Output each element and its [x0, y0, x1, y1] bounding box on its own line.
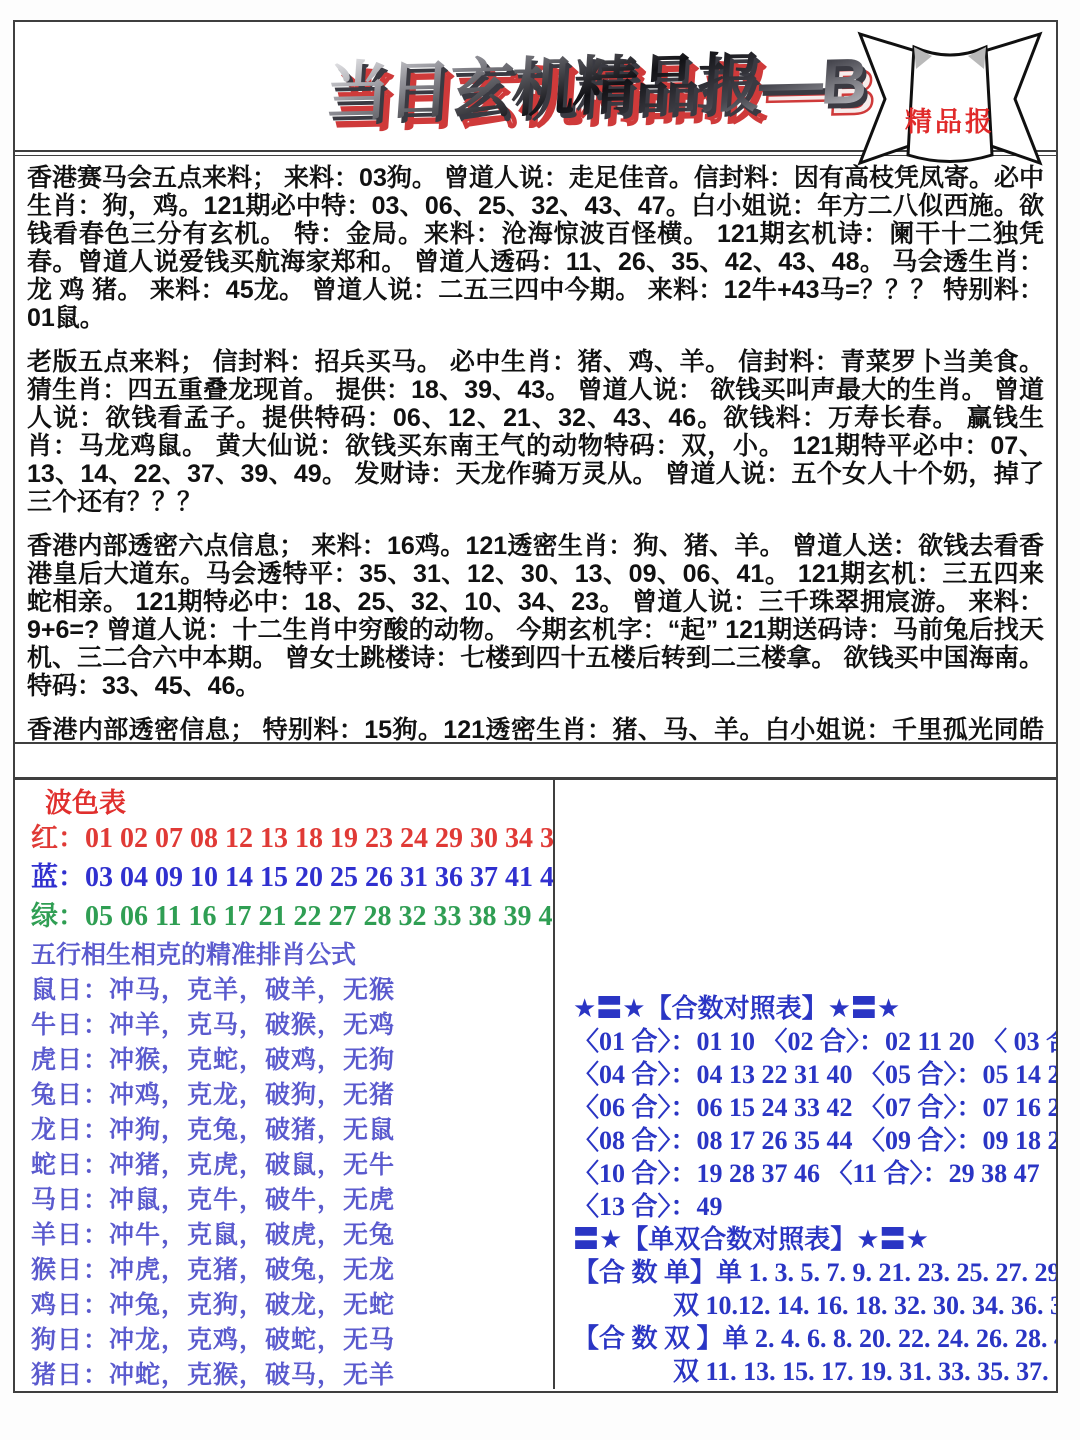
sum-table-title: ★〓★【合数对照表】★〓★: [573, 992, 1048, 1025]
odd-group-even-line: 双 10.12. 14. 16. 18. 32. 30. 34. 36. 38: [573, 1289, 1048, 1322]
zodiac-row-snake: 蛇日：冲猪，克虎，破鼠，无牛: [31, 1148, 543, 1183]
reference-tables: 波色表 红：01 02 07 08 12 13 18 19 23 24 29 3…: [15, 780, 1056, 1389]
ribbon-label: 精品报: [852, 100, 1048, 139]
wave-numbers-red: 01 02 07 08 12 13 18 19 23 24 29 30 34 3…: [85, 823, 555, 854]
ribbon-icon: [852, 16, 1048, 168]
zodiac-row-tiger: 虎日：冲猴，克蛇，破鸡，无狗: [31, 1043, 543, 1078]
sum-row-5: 〈10 合〉：19 28 37 46 〈11 合〉：29 38 47 〈12 合…: [573, 1157, 1048, 1190]
tips-body: 香港赛马会五点来料； 来料：03狗。 曾道人说：走足佳音。信封料：因有高枝凭凤寄…: [15, 156, 1056, 744]
tips-paragraph-4: 香港内部透密信息； 特别料：15狗。121透密生肖：猪、马、羊。白小姐说：千里孤…: [27, 716, 1044, 744]
even-group-even-line: 双 11. 13. 15. 17. 19. 31. 33. 35. 37. 39: [573, 1355, 1048, 1388]
zodiac-row-goat: 羊日：冲牛，克鼠，破虎，无兔: [31, 1218, 543, 1253]
wave-row-blue: 蓝：03 04 09 10 14 15 20 25 26 31 36 37 41…: [31, 860, 543, 899]
wave-label-red: 红：: [31, 823, 85, 853]
tips-paragraph-1: 香港赛马会五点来料； 来料：03狗。 曾道人说：走足佳音。信封料：因有高枝凭凤寄…: [27, 164, 1044, 332]
odd-group-odd-line: 【合 数 单】单 1. 3. 5. 7. 9. 21. 23. 25. 27. …: [573, 1256, 1048, 1289]
wave-label-blue: 蓝：: [31, 862, 85, 892]
wave-color-panel: 波色表 红：01 02 07 08 12 13 18 19 23 24 29 3…: [15, 780, 555, 1389]
sum-table-panel: ★〓★【合数对照表】★〓★ 〈01 合〉：01 10 〈02 合〉：02 11 …: [555, 780, 1056, 1389]
wave-row-red: 红：01 02 07 08 12 13 18 19 23 24 29 30 34…: [31, 821, 543, 860]
zodiac-row-rabbit: 兔日：冲鸡，克龙，破狗，无猪: [31, 1078, 543, 1113]
zodiac-row-ox: 牛日：冲羊，克马，破猴，无鸡: [31, 1008, 543, 1043]
zodiac-row-horse: 马日：冲鼠，克牛，破牛，无虎: [31, 1183, 543, 1218]
zodiac-formula-title: 五行相生相克的精准排肖公式: [31, 938, 543, 973]
page-frame: 当日玄机精品报—B 当日玄机精品报—B 当日玄机精品报—B 精品报 香港赛马会五…: [13, 20, 1058, 1393]
sum-row-3: 〈06 合〉：06 15 24 33 42 〈07 合〉：07 16 25 34…: [573, 1091, 1048, 1124]
masthead: 当日玄机精品报—B 当日玄机精品报—B 当日玄机精品报—B 精品报: [15, 22, 1056, 152]
report-title-text: 当日玄机精品报—B: [322, 31, 869, 142]
report-title: 当日玄机精品报—B 当日玄机精品报—B 当日玄机精品报—B: [321, 30, 908, 154]
odd-even-table-title: 〓★【单双合数对照表】★〓★: [573, 1223, 1048, 1256]
zodiac-row-pig: 猪日：冲蛇，克猴，破马，无羊: [31, 1358, 543, 1389]
sum-row-4: 〈08 合〉：08 17 26 35 44 〈09 合〉：09 18 27 36…: [573, 1124, 1048, 1157]
report-page: 当日玄机精品报—B 当日玄机精品报—B 当日玄机精品报—B 精品报 香港赛马会五…: [0, 0, 1080, 1440]
wave-row-green: 绿：05 06 11 16 17 21 22 27 28 32 33 38 39…: [31, 899, 543, 938]
sum-row-1: 〈01 合〉：01 10 〈02 合〉：02 11 20 〈 03 合〉：03 …: [573, 1025, 1048, 1058]
even-group-odd-line: 【合 数 双 】单 2. 4. 6. 8. 20. 22. 24. 26. 28…: [573, 1322, 1048, 1355]
wave-table-title: 波色表: [31, 786, 543, 821]
zodiac-row-dog: 狗日：冲龙，克鸡，破蛇，无马: [31, 1323, 543, 1358]
zodiac-row-rat: 鼠日：冲马，克羊，破羊，无猴: [31, 973, 543, 1008]
ribbon-banner: 精品报: [852, 16, 1048, 168]
zodiac-row-dragon: 龙日：冲狗，克兔，破猪，无鼠: [31, 1113, 543, 1148]
tips-paragraph-3: 香港内部透密六点信息； 来料：16鸡。121透密生肖：狗、猪、羊。 曾道人送：欲…: [27, 532, 1044, 700]
tips-paragraph-2: 老版五点来料； 信封料：招兵买马。 必中生肖：猪、鸡、羊。 信封料：青菜罗卜当美…: [27, 348, 1044, 516]
sum-row-2: 〈04 合〉：04 13 22 31 40 〈05 合〉：05 14 23 32…: [573, 1058, 1048, 1091]
wave-numbers-blue: 03 04 09 10 14 15 20 25 26 31 36 37 41 4…: [85, 862, 555, 893]
zodiac-row-monkey: 猴日：冲虎，克猪，破兔，无龙: [31, 1253, 543, 1288]
wave-numbers-green: 05 06 11 16 17 21 22 27 28 32 33 38 39 4…: [85, 901, 555, 932]
sum-row-6: 〈13 合〉：49: [573, 1190, 1048, 1223]
wave-label-green: 绿：: [31, 901, 85, 931]
spacer-band: [15, 744, 1056, 780]
zodiac-row-rooster: 鸡日：冲兔，克狗，破龙，无蛇: [31, 1288, 543, 1323]
